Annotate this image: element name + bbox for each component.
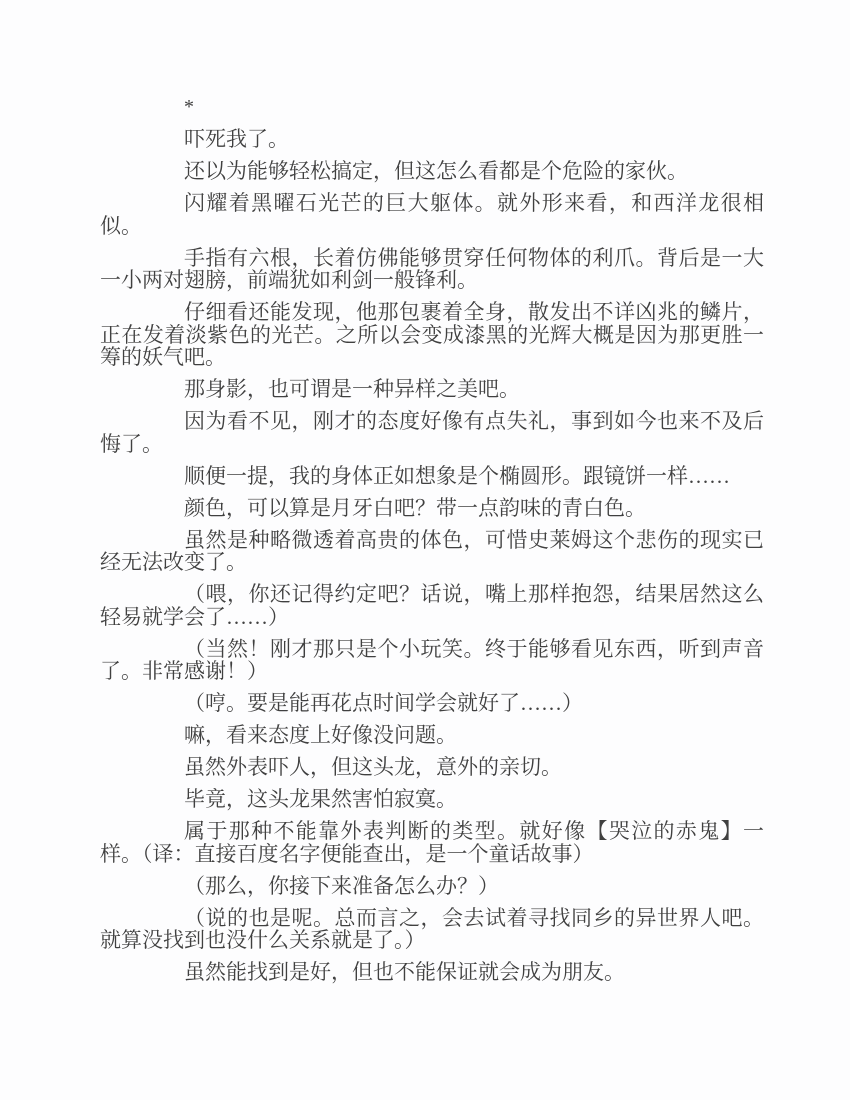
paragraph-dialogue: （当然！刚才那只是个小玩笑。终于能够看见东西，听到声音了。非常感谢！）	[100, 638, 764, 683]
paragraph: 闪耀着黑曜石光芒的巨大躯体。就外形来看，和西洋龙很相似。	[100, 192, 764, 237]
novel-text-body: * 吓死我了。 还以为能够轻松搞定，但这怎么看都是个危险的家伙。 闪耀着黑曜石光…	[100, 96, 764, 993]
paragraph: 仔细看还能发现，他那包裹着全身，散发出不详凶兆的鳞片，正在发着淡紫色的光芒。之所…	[100, 301, 764, 369]
paragraph: 还以为能够轻松搞定，但这怎么看都是个危险的家伙。	[100, 160, 764, 183]
paragraph: 因为看不见，刚才的态度好像有点失礼，事到如今也来不及后悔了。	[100, 410, 764, 455]
paragraph: 那身影，也可谓是一种异样之美吧。	[100, 378, 764, 401]
paragraph-dialogue: （那么，你接下来准备怎么办？）	[100, 875, 764, 898]
section-separator: *	[100, 96, 764, 119]
paragraph: 虽然能找到是好，但也不能保证就会成为朋友。	[100, 961, 764, 984]
paragraph: 顺便一提，我的身体正如想象是个椭圆形。跟镜饼一样……	[100, 465, 764, 488]
paragraph: 嘛，看来态度上好像没问题。	[100, 724, 764, 747]
paragraph: 虽然是种略微透着高贵的体色，可惜史莱姆这个悲伤的现实已经无法改变了。	[100, 529, 764, 574]
paragraph-dialogue: （说的也是呢。总而言之，会去试着寻找同乡的异世界人吧。就算没找到也没什么关系就是…	[100, 907, 764, 952]
paragraph: 属于那种不能靠外表判断的类型。就好像【哭泣的赤鬼】一样。（译：直接百度名字便能查…	[100, 820, 764, 865]
paragraph: 吓死我了。	[100, 128, 764, 151]
paragraph-dialogue: （哼。要是能再花点时间学会就好了……）	[100, 692, 764, 715]
paragraph: 虽然外表吓人，但这头龙，意外的亲切。	[100, 756, 764, 779]
paragraph: 毕竟，这头龙果然害怕寂寞。	[100, 788, 764, 811]
paragraph-dialogue: （喂，你还记得约定吧？话说，嘴上那样抱怨，结果居然这么轻易就学会了……）	[100, 583, 764, 628]
paragraph: 颜色，可以算是月牙白吧？带一点韵味的青白色。	[100, 497, 764, 520]
document-page: * 吓死我了。 还以为能够轻松搞定，但这怎么看都是个危险的家伙。 闪耀着黑曜石光…	[0, 0, 850, 1100]
paragraph: 手指有六根，长着仿佛能够贯穿任何物体的利爪。背后是一大一小两对翅膀，前端犹如利剑…	[100, 247, 764, 292]
